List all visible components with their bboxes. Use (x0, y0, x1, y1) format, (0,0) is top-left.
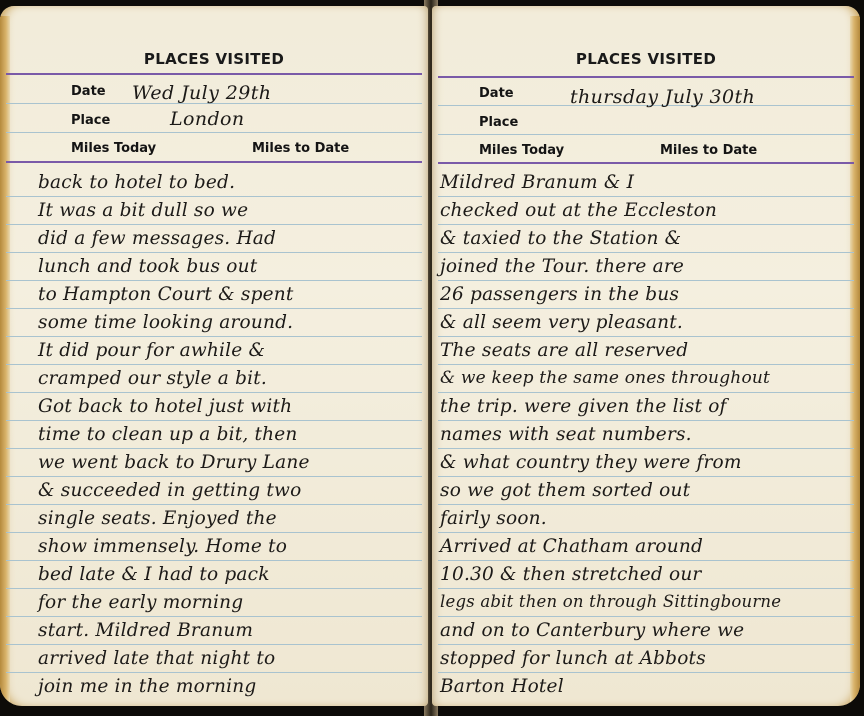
ruled-line (438, 280, 854, 281)
ruled-line (6, 336, 422, 337)
journal-line: & what country they were from (440, 452, 742, 473)
journal-line: single seats. Enjoyed the (38, 508, 277, 529)
journal-line: the trip. were given the list of (440, 396, 727, 417)
ruled-line (6, 308, 422, 309)
ruled-line (6, 364, 422, 365)
ruled-line (438, 252, 854, 253)
ruled-line (438, 504, 854, 505)
journal-line: and on to Canterbury where we (440, 620, 744, 641)
ruled-line (6, 560, 422, 561)
ruled-line (438, 672, 854, 673)
ruled-line (6, 644, 422, 645)
journal-line: & we keep the same ones throughout (440, 368, 770, 388)
ruled-line (438, 588, 854, 589)
journal-line: to Hampton Court & spent (38, 284, 294, 305)
journal-line: for the early morning (38, 592, 243, 613)
journal-line: 10.30 & then stretched our (440, 564, 701, 585)
journal-line: 26 passengers in the bus (440, 284, 679, 305)
ruled-line (438, 196, 854, 197)
journal-line: join me in the morning (38, 676, 256, 697)
ruled-line (6, 616, 422, 617)
journal-line: cramped our style a bit. (38, 368, 267, 389)
ruled-line (438, 224, 854, 225)
journal-line: lunch and took bus out (38, 256, 257, 277)
journal-line: stopped for lunch at Abbots (440, 648, 706, 669)
left-page: PLACES VISITED Date Place Miles Today Mi… (0, 6, 428, 706)
journal-line: & all seem very pleasant. (440, 312, 683, 333)
journal-line: start. Mildred Branum (38, 620, 253, 641)
journal-line: back to hotel to bed. (38, 172, 235, 193)
ruled-line (438, 532, 854, 533)
ruled-line (438, 336, 854, 337)
ruled-line (6, 196, 422, 197)
journal-line: Got back to hotel just with (38, 396, 292, 417)
journal-line: names with seat numbers. (440, 424, 692, 445)
journal-line: It did pour for awhile & (38, 340, 265, 361)
ruled-line (6, 392, 422, 393)
ruled-line (438, 448, 854, 449)
ruled-line (6, 588, 422, 589)
journal-line: some time looking around. (38, 312, 293, 333)
ruled-line (6, 476, 422, 477)
journal-line: fairly soon. (440, 508, 547, 529)
journal-line: arrived late that night to (38, 648, 275, 669)
journal-line: The seats are all reserved (440, 340, 688, 361)
ruled-line (438, 308, 854, 309)
journal-line: time to clean up a bit, then (38, 424, 298, 445)
journal-line: bed late & I had to pack (38, 564, 270, 585)
ruled-line (6, 504, 422, 505)
journal-line: we went back to Drury Lane (38, 452, 310, 473)
journal-line: so we got them sorted out (440, 480, 690, 501)
ruled-line (438, 392, 854, 393)
journal-line: Arrived at Chatham around (440, 536, 703, 557)
ruled-line (438, 364, 854, 365)
journal-line: Barton Hotel (440, 676, 564, 697)
ruled-line (438, 616, 854, 617)
journal-line: legs abit then on through Sittingbourne (440, 592, 781, 611)
ruled-line (438, 560, 854, 561)
ruled-line (6, 672, 422, 673)
ruled-line (6, 532, 422, 533)
ruled-line (438, 420, 854, 421)
ruled-line (6, 280, 422, 281)
ruled-line (438, 476, 854, 477)
journal-line: show immensely. Home to (38, 536, 287, 557)
journal-line: checked out at the Eccleston (440, 200, 717, 221)
journal-body: Mildred Branum & I checked out at the Ec… (432, 6, 860, 706)
ruled-line (6, 420, 422, 421)
journal-line: did a few messages. Had (38, 228, 276, 249)
journal-line: & succeeded in getting two (38, 480, 301, 501)
journal-line: Mildred Branum & I (440, 172, 634, 193)
diary-spread: PLACES VISITED Date Place Miles Today Mi… (0, 0, 864, 716)
ruled-line (6, 252, 422, 253)
ruled-line (6, 224, 422, 225)
right-page: PLACES VISITED Date Place Miles Today Mi… (432, 6, 860, 706)
journal-line: It was a bit dull so we (38, 200, 248, 221)
journal-line: joined the Tour. there are (440, 256, 684, 277)
ruled-line (438, 644, 854, 645)
journal-line: & taxied to the Station & (440, 228, 681, 249)
ruled-line (6, 448, 422, 449)
journal-body: back to hotel to bed. It was a bit dull … (0, 6, 428, 706)
